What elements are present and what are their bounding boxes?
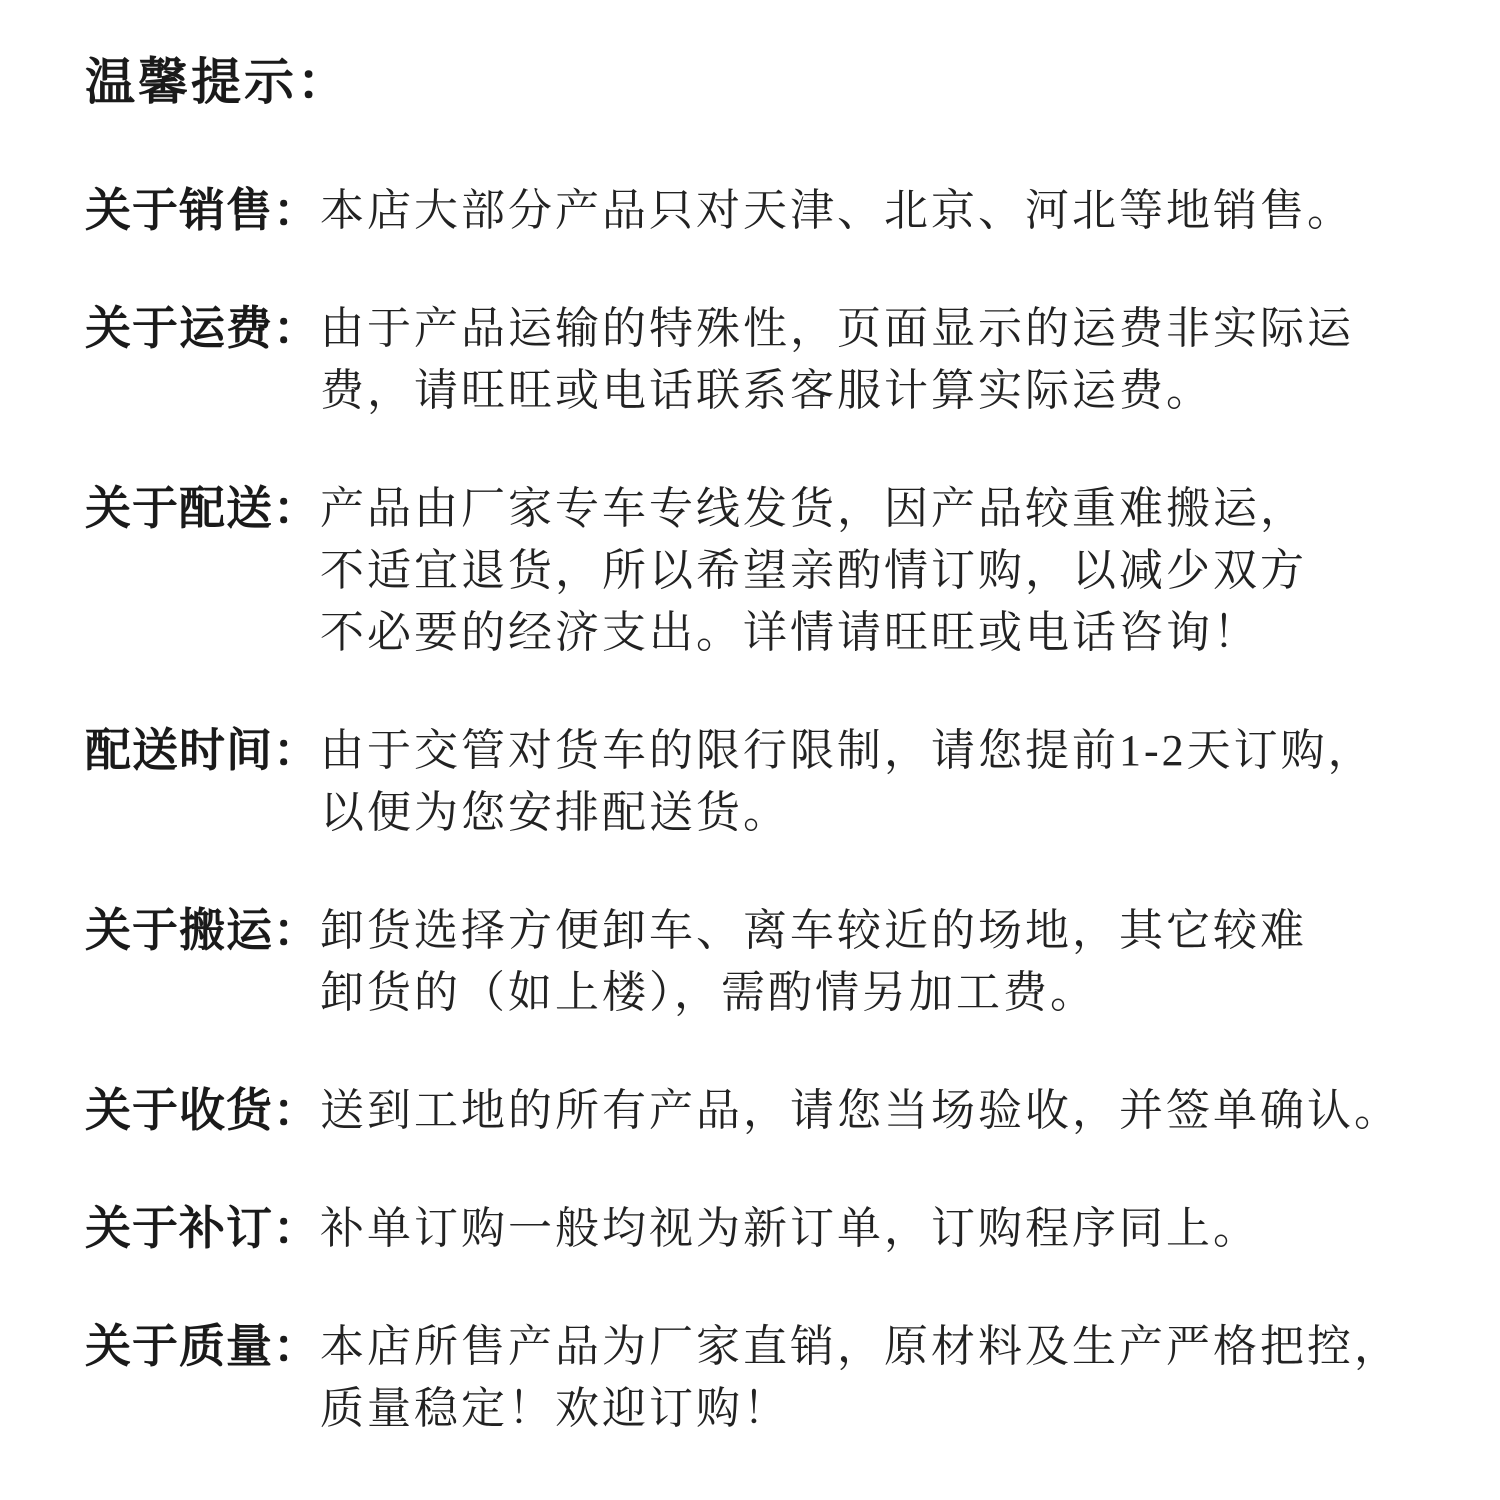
section-delivery-time-label: 配送时间： [85, 720, 320, 782]
section-sales-label: 关于销售： [85, 180, 320, 242]
section-quality-label: 关于质量： [85, 1316, 320, 1378]
section-reorder-body: 补单订购一般均视为新订单，订购程序同上。 [320, 1198, 1445, 1260]
section-delivery-time-body: 由于交管对货车的限行限制，请您提前1-2天订购， 以便为您安排配送货。 [320, 720, 1445, 844]
section-shipping-fee-body: 由于产品运输的特殊性，页面显示的运费非实际运 费，请旺旺或电话联系客服计算实际运… [320, 298, 1445, 422]
section-quality: 关于质量： 本店所售产品为厂家直销，原材料及生产严格把控， 质量稳定！欢迎订购！ [85, 1316, 1445, 1440]
section-shipping-fee-label: 关于运费： [85, 298, 320, 360]
section-delivery-time: 配送时间： 由于交管对货车的限行限制，请您提前1-2天订购， 以便为您安排配送货… [85, 720, 1445, 844]
section-handling-label: 关于搬运： [85, 900, 320, 962]
section-delivery-label: 关于配送： [85, 478, 320, 540]
section-reorder: 关于补订： 补单订购一般均视为新订单，订购程序同上。 [85, 1198, 1445, 1260]
notice-page: 温馨提示： 关于销售： 本店大部分产品只对天津、北京、河北等地销售。 关于运费：… [0, 0, 1500, 1500]
section-receiving: 关于收货： 送到工地的所有产品，请您当场验收，并签单确认。 [85, 1080, 1445, 1142]
section-delivery-body: 产品由厂家专车专线发货，因产品较重难搬运， 不适宜退货，所以希望亲酌情订购，以减… [320, 478, 1445, 664]
section-shipping-fee: 关于运费： 由于产品运输的特殊性，页面显示的运费非实际运 费，请旺旺或电话联系客… [85, 298, 1445, 422]
section-receiving-label: 关于收货： [85, 1080, 320, 1142]
section-sales: 关于销售： 本店大部分产品只对天津、北京、河北等地销售。 [85, 180, 1445, 242]
section-handling: 关于搬运： 卸货选择方便卸车、离车较近的场地，其它较难 卸货的（如上楼），需酌情… [85, 900, 1445, 1024]
page-title: 温馨提示： [85, 52, 1445, 112]
section-quality-body: 本店所售产品为厂家直销，原材料及生产严格把控， 质量稳定！欢迎订购！ [320, 1316, 1445, 1440]
section-delivery: 关于配送： 产品由厂家专车专线发货，因产品较重难搬运， 不适宜退货，所以希望亲酌… [85, 478, 1445, 664]
section-sales-body: 本店大部分产品只对天津、北京、河北等地销售。 [320, 180, 1445, 242]
section-receiving-body: 送到工地的所有产品，请您当场验收，并签单确认。 [320, 1080, 1445, 1142]
section-reorder-label: 关于补订： [85, 1198, 320, 1260]
section-handling-body: 卸货选择方便卸车、离车较近的场地，其它较难 卸货的（如上楼），需酌情另加工费。 [320, 900, 1445, 1024]
